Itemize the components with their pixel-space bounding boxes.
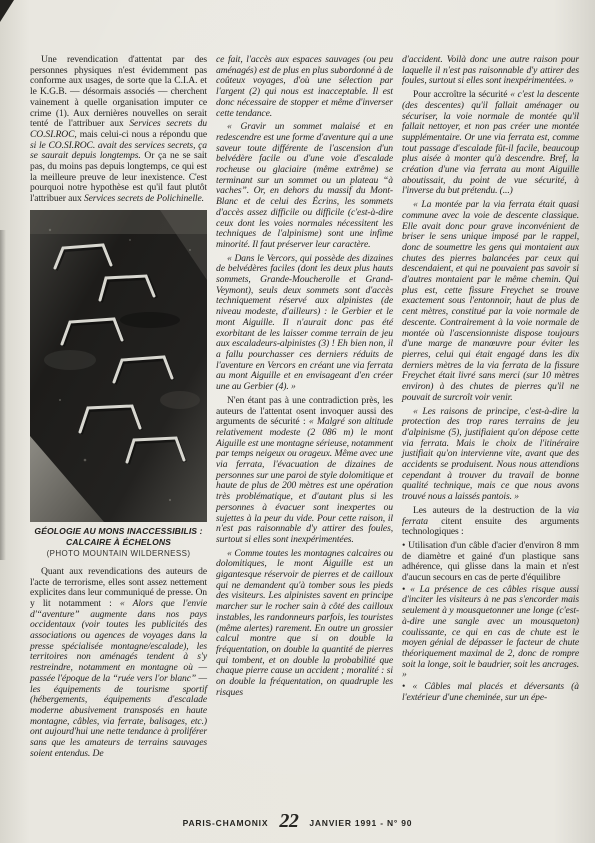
text-run: Pour accroître la sécurité bbox=[413, 89, 510, 100]
page-footer: PARIS-CHAMONIX 22 JANVIER 1991 - N° 90 bbox=[0, 809, 595, 832]
photo-rock-blotch bbox=[44, 350, 96, 370]
scanned-magazine-page: Une revendication d'attentat par des per… bbox=[0, 0, 595, 843]
photo-mount-aiguille-rungs bbox=[30, 210, 207, 522]
photo-caption-line2: CALCAIRE À ÉCHELONS bbox=[30, 537, 207, 548]
paragraph-quote: « La montée par la via ferrata était qua… bbox=[402, 200, 579, 403]
column-left: Une revendication d'attentat par des per… bbox=[30, 55, 207, 763]
bullet-item: • Utilisation d'un câble d'acier d'envir… bbox=[402, 541, 579, 584]
bullet-item: • « La présence de ces câbles risque aus… bbox=[402, 585, 579, 681]
text-run-italic: « La présence de ces câbles risque aussi… bbox=[402, 584, 579, 681]
paragraph: Pour accroître la sécurité « c'est la de… bbox=[402, 90, 579, 197]
column-right: d'accident. Voilà donc une autre raison … bbox=[402, 55, 579, 763]
bullet-marker: • bbox=[402, 584, 405, 595]
text-run-italic: « Malgré son altitude relativement modes… bbox=[216, 416, 393, 545]
photo-caption: GÉOLOGIE AU MONS INACCESSIBILIS : CALCAI… bbox=[30, 526, 207, 559]
paragraph-quote: ce fait, l'accès aux espaces sauvages (o… bbox=[216, 55, 393, 119]
photo-caption-line1: GÉOLOGIE AU MONS INACCESSIBILIS : bbox=[30, 526, 207, 537]
footer-page-number: 22 bbox=[279, 810, 298, 833]
footer-issue-info: JANVIER 1991 - N° 90 bbox=[309, 818, 412, 828]
text-run: Les auteurs de la destruction de la bbox=[413, 505, 568, 516]
paragraph-quote: d'accident. Voilà donc une autre raison … bbox=[402, 55, 579, 87]
paragraph-quote: « Dans le Vercors, qui possède des dizai… bbox=[216, 254, 393, 393]
photo-rock-shadow bbox=[120, 312, 180, 328]
paragraph: Une revendication d'attentat par des per… bbox=[30, 55, 207, 205]
text-run-italic: « c'est la descente (des descentes) qu'i… bbox=[402, 89, 579, 196]
text-run-italic: « Alors que l'envie d'“aventure” augment… bbox=[30, 598, 207, 759]
text-run: citent ensuite des arguments technologiq… bbox=[402, 516, 579, 538]
photo-rock-blotch bbox=[160, 391, 200, 409]
photo-caption-credit: (PHOTO MOUNTAIN WILDERNESS) bbox=[30, 548, 207, 559]
column-middle: ce fait, l'accès aux espaces sauvages (o… bbox=[216, 55, 393, 763]
paragraph-quote: « Comme toutes les montagnes calcaires o… bbox=[216, 549, 393, 699]
text-run-italic: Services secrets de Polichinelle. bbox=[84, 193, 204, 204]
scan-corner-artifact bbox=[0, 0, 14, 22]
footer-journal-name: PARIS-CHAMONIX bbox=[183, 818, 269, 828]
bullet-marker: • bbox=[402, 681, 405, 692]
article-columns: Une revendication d'attentat par des per… bbox=[30, 55, 580, 763]
photo-image bbox=[30, 210, 207, 522]
text-run-italic: « Câbles mal placés et déversants (à l'e… bbox=[402, 681, 579, 703]
paragraph: Quant aux revendications des auteurs de … bbox=[30, 567, 207, 760]
paragraph: Les auteurs de la destruction de la via … bbox=[402, 506, 579, 538]
bullet-item: • « Câbles mal placés et déversants (à l… bbox=[402, 682, 579, 703]
paragraph-quote: « Gravir un sommet malaisé et en redesce… bbox=[216, 122, 393, 250]
text-run: , mais celui-ci nous a répondu que bbox=[74, 129, 207, 140]
paragraph: N'en étant pas à une contradiction près,… bbox=[216, 396, 393, 546]
text-run: Utilisation d'un câble d'acier d'environ… bbox=[402, 540, 579, 583]
paragraph-quote: « Les raisons de principe, c'est-à-dire … bbox=[402, 407, 579, 503]
scan-edge-shadow bbox=[0, 230, 6, 560]
bullet-marker: • bbox=[402, 540, 405, 551]
